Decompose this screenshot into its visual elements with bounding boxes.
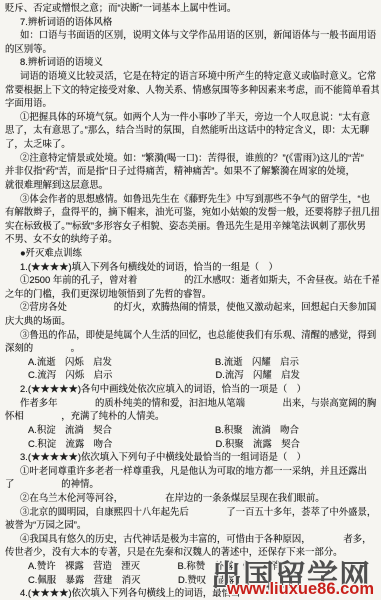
text-line: ①2500 年前的孔子，曾对着 的江水感叹：逝者如斯夫，不舍昼夜。站在千禧 [5, 273, 379, 287]
text-line: ①把握具体的环境气氛。如两个人为一件小事吵了半天，旁边一个人叹息说：“太有意 [5, 110, 379, 124]
text-line: 词语的语境义比较灵活，它是在特定的语言环境中所产生的特定意义或临时意义。它常 [5, 69, 379, 83]
text-line: ④我国具有悠久的历史，古代神话是极为丰富的，可惜由于各种原因， 者多， [5, 532, 379, 546]
text-line: 的区别等。 [5, 42, 379, 56]
text-line: 并非仅指“药”苦，而是指“日子过得痛苦，精神痛苦”。如果不了解繁漪在周家的处境， [5, 164, 379, 178]
text-line: ③体会作者的思想感情。如鲁迅先生在《藤野先生》中写到那些不争气的留学生，“也 [5, 192, 379, 206]
text-line: 被誉为“万园之园”。 [5, 518, 379, 532]
text-line: C.积淀 流露 吻合 D.积聚 流露 契合 [5, 437, 379, 451]
text-line: 了，太乏味了。 [5, 137, 379, 151]
document-text: 贬斥、否定或憎恨之意；而“决断”一词基本上属中性词。7.辨析词语的语体风格如：口… [5, 1, 379, 600]
text-line: 之年的门槛，我们更深切地领悟到了先哲的睿智。 [5, 287, 379, 301]
text-line: A.积淀 流淌 契合 B.积聚 流淌 吻合 [5, 423, 379, 437]
text-line: 深刻的 。 [5, 341, 379, 355]
text-line: 就很难理解到这层意思。 [5, 178, 379, 192]
text-line: ②营房各处 的灯火，欢腾热闹的情景，使他又激动起来，回想起白天参加国 [5, 300, 379, 314]
watermark-site-url: www.liuxue86.com [227, 580, 374, 599]
text-line: 2.(★★★★★)各句中画线处依次应填入的词语，恰当的一项是（ ） [5, 382, 379, 396]
text-line: A.流逝 闪烁 启发 B.流逝 闪耀 启示 [5, 355, 379, 369]
text-line: ③北京的圆明园，自康熙四十八年起先后 了一百五十多年，荟萃了中外盛景， [5, 505, 379, 519]
text-line: 1.(★★★★)填入下列各句横线处的词语，恰当的一组是（ ） [5, 260, 379, 274]
text-line: 作者多年 的质朴纯美的情和爱，汩汩地从笔端 出来，与崇高宽阔的胸 [5, 396, 379, 410]
text-line: 贬斥、否定或憎恨之意；而“决断”一词基本上属中性词。 [5, 1, 379, 15]
text-line: 了 的神情。 [5, 477, 379, 491]
text-line: 有解散辫子，盘得平的，摘下帽来，油光可鉴，宛如小姑娘的发髻一般，还要将脖子扭几扭… [5, 205, 379, 219]
text-line: 怀相 ，充满了纯朴的人情美。 [5, 409, 379, 423]
text-line: 实在标致极了。”“标致”多形容女子相貌、姿态美丽。鲁迅先生是用辛辣笔法讽刺了那伙… [5, 219, 379, 233]
text-line: ●歼灭难点训练 [5, 246, 379, 260]
text-line: 7.辨析词语的语体风格 [5, 15, 379, 29]
text-line: ③鲁迅的作品，即使是纯属个人生活的回忆，也总能使我们有乐观、清醒的感觉，得到 [5, 328, 379, 342]
text-line: 3.(★★★★★)依次填入下列句子中横线处最恰当的一组词语是（ ） [5, 450, 379, 464]
text-line: 常要根据上下文的特定接受对象、人物关系、情感氛围等多种因素来考虑，而不能简单看其 [5, 83, 379, 97]
scanned-document-page: 贬斥、否定或憎恨之意；而“决断”一词基本上属中性词。7.辨析词语的语体风格如：口… [0, 0, 381, 600]
text-line: 思了，太有意思了。”那么，结合当时的氛围，自然能听出这话中的特定含义，即：太无聊 [5, 123, 379, 137]
text-line: 不男、女不女的纨绔子弟。 [5, 232, 379, 246]
text-line: ①叶老同尊重许多老者一样尊重我，凡是他认为可取的地方都一一采纳，并且还露出 [5, 464, 379, 478]
text-line: 字面用语。 [5, 96, 379, 110]
text-line: C.流泻 闪烁 启示 D.流泻 闪耀 启发 [5, 368, 379, 382]
text-line: 8.辨析词语的语境义 [5, 55, 379, 69]
text-line: ②注意特定情景或处境。如：“繁漪(喝一口)：苦得很，谁煎的？”(《雷雨》)这儿的… [5, 151, 379, 165]
text-line: ②在乌兰木伦河等河谷， 在岸边的一条条煤层呈现在我们眼前。 [5, 491, 379, 505]
text-line: 庆大典的场面。 [5, 314, 379, 328]
text-line: 如：口语与书面语的区别，说明文体与文学作品用语的区别，新闻语体与一般书面用语 [5, 28, 379, 42]
